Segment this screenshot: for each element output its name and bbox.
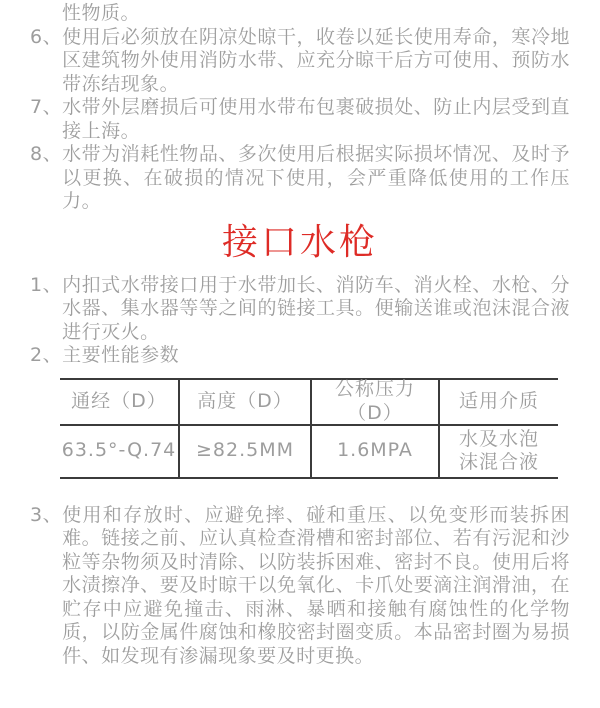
spec-table-data-row: 63.5°-Q.74 ≥82.5MM 1.6MPA 水及水泡沫混合液: [60, 426, 558, 477]
list-item-number: 3、: [30, 504, 62, 528]
list-item-fragment: 性物质。: [30, 2, 570, 26]
document-page: 性物质。 6、 使用后必须放在阴凉处晾干，收卷以延长使用寿命，寒冷地区建筑物外使…: [0, 0, 600, 708]
list-item-text: 性物质。: [62, 2, 570, 26]
section-title: 接口水枪: [30, 221, 570, 265]
list-item-text: 水带为消耗性物品、多次使用后根据实际损坏情况、及时予以更换、在破损的情况下使用，…: [62, 143, 570, 214]
spec-table-header-row: 通经（D） 高度（D） 公称压力（D） 适用介质: [60, 380, 558, 426]
list-item-7: 7、 水带外层磨损后可使用水带布包裹破损处、防止内层受到直接上海。: [30, 96, 570, 143]
list-item-text: 内扣式水带接口用于水带加长、消防车、消火栓、水枪、分水器、集水器等等之间的链接工…: [62, 274, 570, 345]
table-data-cell-medium-text: 水及水泡沫混合液: [456, 428, 542, 474]
table-header-cell-pressure: 公称压力（D）: [312, 380, 440, 424]
table-header-cell-diameter: 通经（D）: [60, 380, 180, 424]
list-item-2: 2、 主要性能参数: [30, 344, 570, 368]
list-item-6: 6、 使用后必须放在阴凉处晾干，收卷以延长使用寿命，寒冷地区建筑物外使用消防水带…: [30, 26, 570, 97]
table-header-cell-height: 高度（D）: [180, 380, 312, 424]
list-item-8: 8、 水带为消耗性物品、多次使用后根据实际损坏情况、及时予以更换、在破损的情况下…: [30, 143, 570, 214]
list-item-text: 主要性能参数: [62, 344, 570, 368]
list-item-text: 水带外层磨损后可使用水带布包裹破损处、防止内层受到直接上海。: [62, 96, 570, 143]
table-header-cell-medium: 适用介质: [440, 380, 558, 424]
table-data-cell-height: ≥82.5MM: [180, 426, 312, 477]
list-item-number: 2、: [30, 344, 62, 368]
list-item-number: 8、: [30, 143, 62, 167]
table-data-cell-pressure: 1.6MPA: [312, 426, 440, 477]
list-item-number: 7、: [30, 96, 62, 120]
list-item-number: 1、: [30, 274, 62, 298]
list-item-text: 使用和存放时、应避免摔、碰和重压、以免变形而装拆困难。链接之前、应认真检查滑槽和…: [62, 504, 570, 669]
spec-table: 通经（D） 高度（D） 公称压力（D） 适用介质 63.5°-Q.74 ≥82.…: [60, 378, 558, 479]
table-data-cell-medium: 水及水泡沫混合液: [440, 426, 558, 477]
list-item-text: 使用后必须放在阴凉处晾干，收卷以延长使用寿命，寒冷地区建筑物外使用消防水带、应充…: [62, 26, 570, 97]
list-item-3: 3、 使用和存放时、应避免摔、碰和重压、以免变形而装拆困难。链接之前、应认真检查…: [30, 504, 570, 669]
list-item-number: 6、: [30, 26, 62, 50]
table-data-cell-diameter: 63.5°-Q.74: [60, 426, 180, 477]
list-item-1: 1、 内扣式水带接口用于水带加长、消防车、消火栓、水枪、分水器、集水器等等之间的…: [30, 274, 570, 345]
